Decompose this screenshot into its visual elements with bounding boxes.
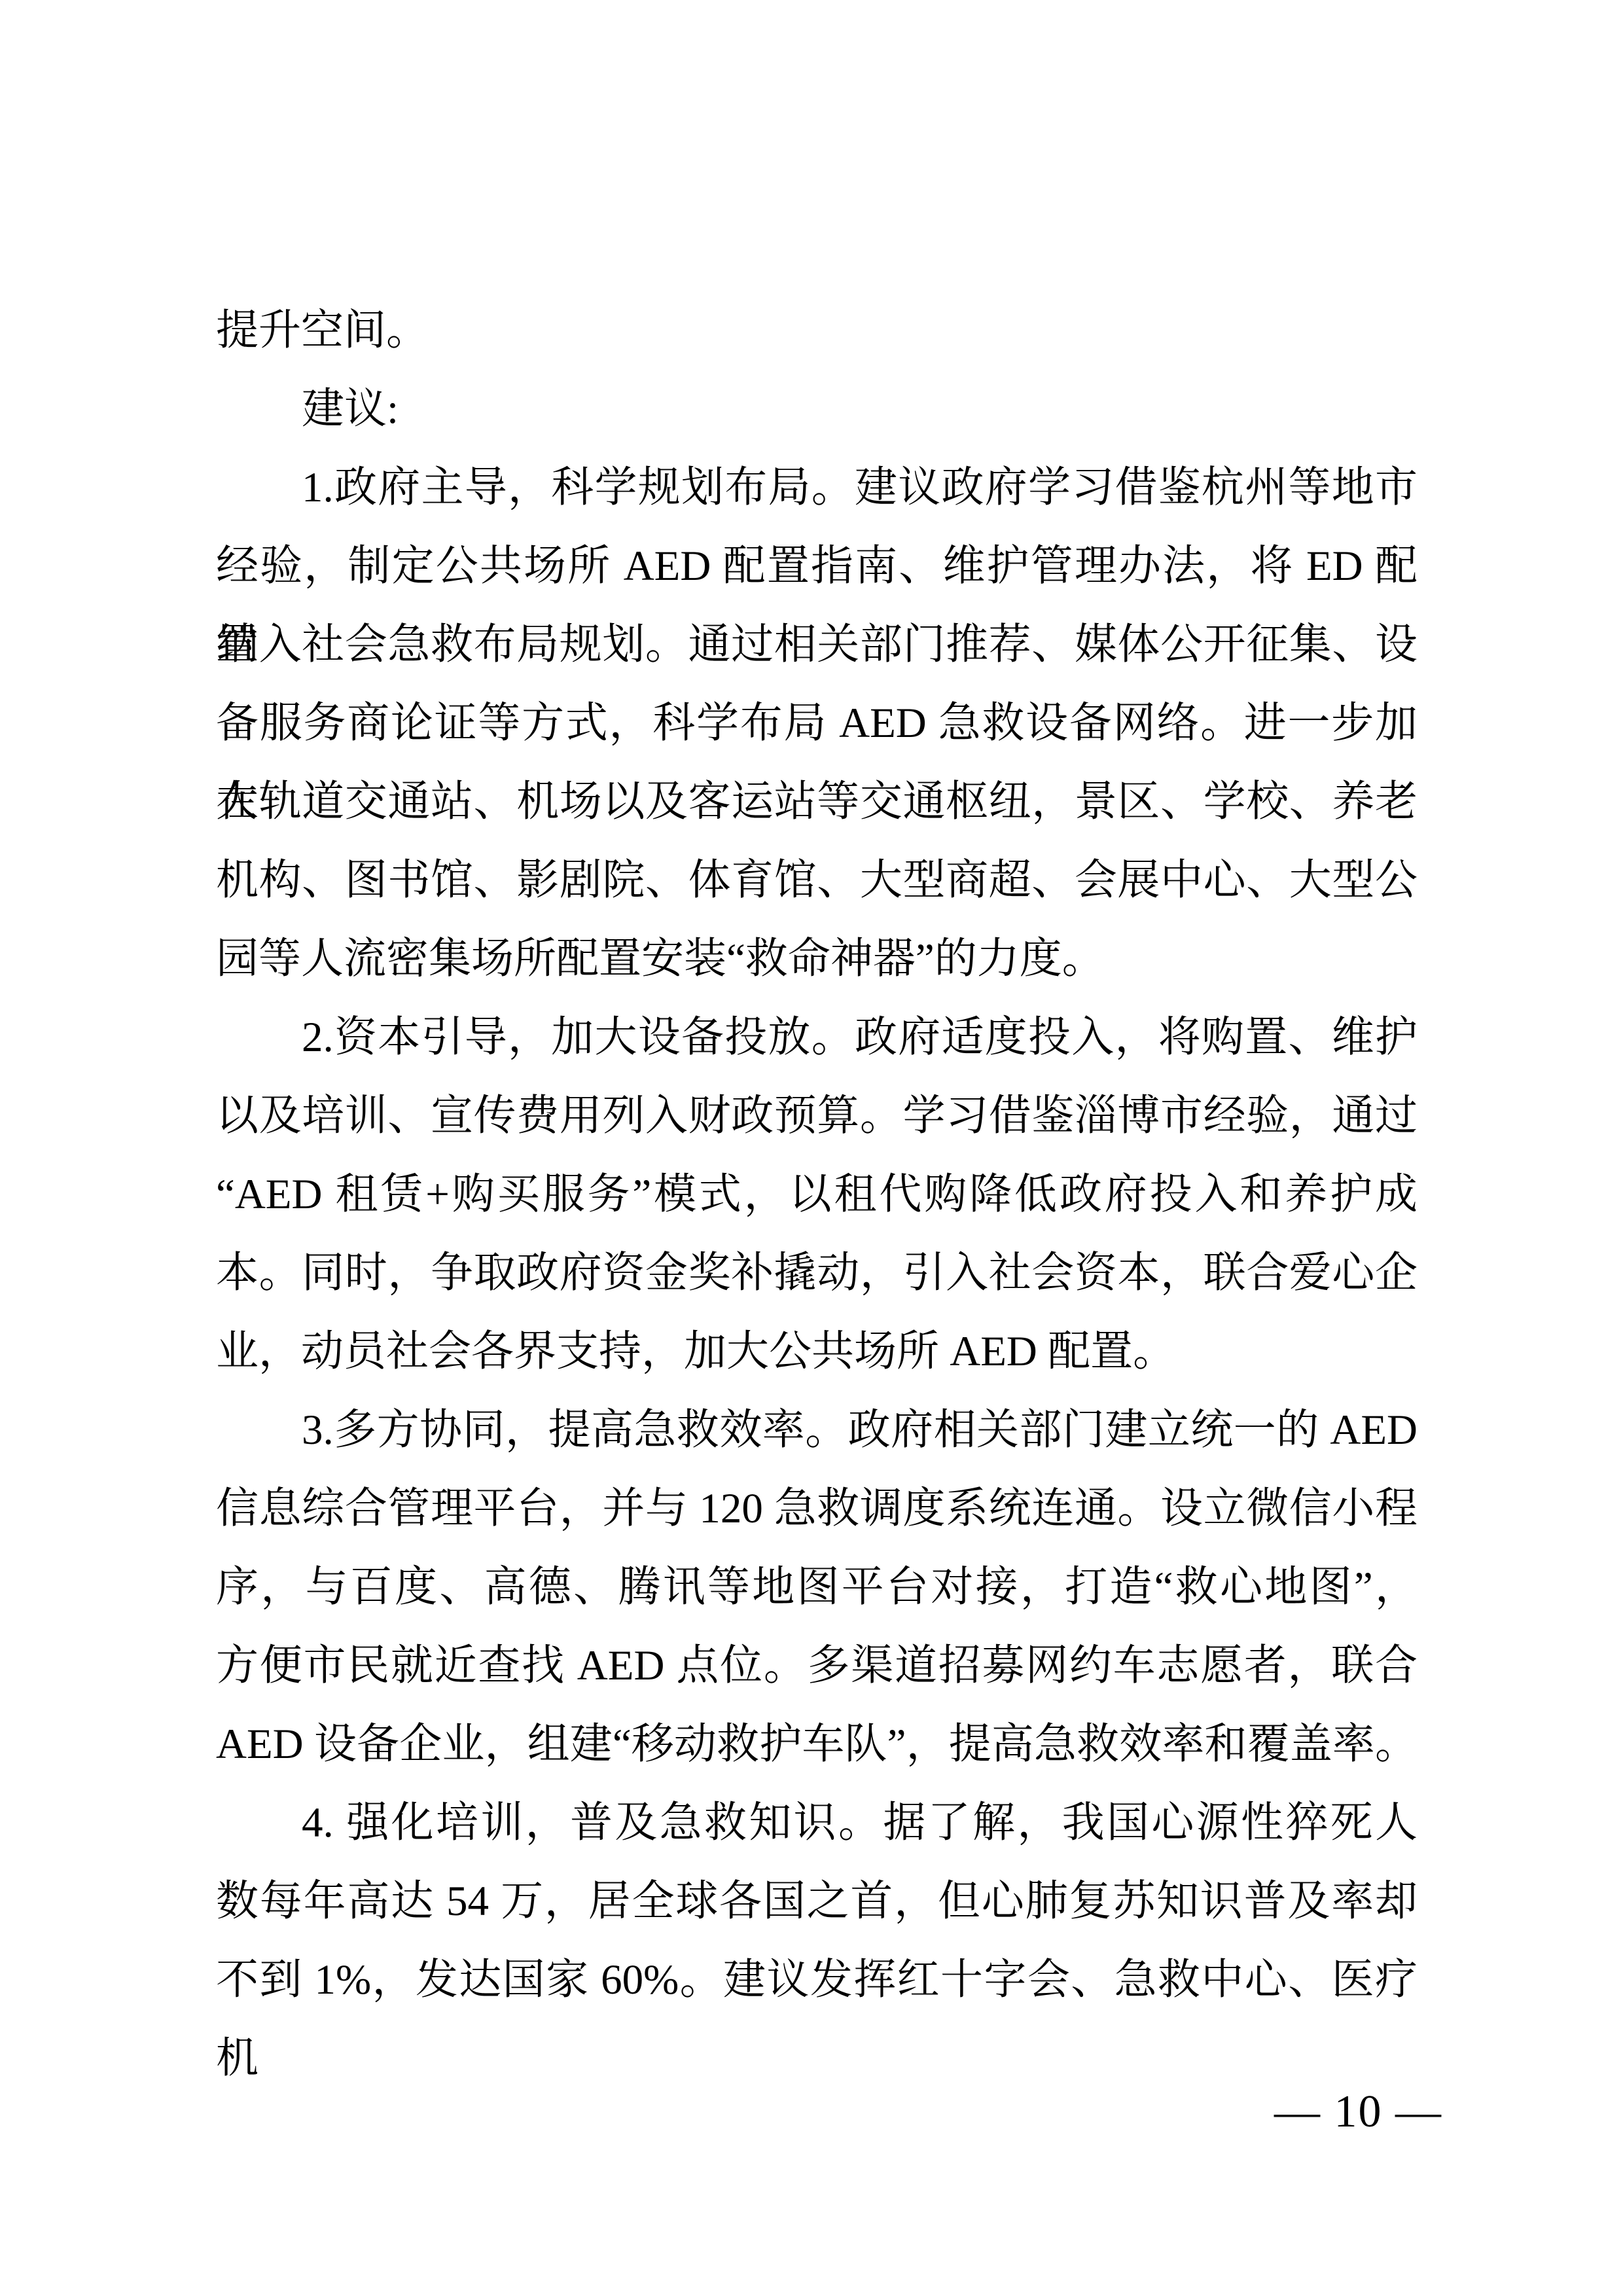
text-line: 机构、图书馆、影剧院、体育馆、大型商超、会展中心、大型公 bbox=[216, 841, 1418, 920]
text-line: 本。同时，争取政府资金奖补撬动，引入社会资本，联合爱心企 bbox=[216, 1234, 1418, 1312]
page-number: — 10 — bbox=[1274, 2089, 1442, 2135]
text-line: 备服务商论证等方式，科学布局 AED 急救设备网络。进一步加大 bbox=[216, 684, 1418, 762]
text-line: 数每年高达 54 万，居全球各国之首，但心肺复苏知识普及率却 bbox=[216, 1862, 1418, 1941]
text-line: 在轨道交通站、机场以及客运站等交通枢纽，景区、学校、养老 bbox=[216, 762, 1418, 841]
text-line: 3.多方协同，提高急救效率。政府相关部门建立统一的 AED bbox=[216, 1391, 1418, 1469]
document-page: 提升空间。建议:1.政府主导，科学规划布局。建议政府学习借鉴杭州等地市经验，制定… bbox=[0, 0, 1623, 2296]
text-line: 以及培训、宣传费用列入财政预算。学习借鉴淄博市经验，通过 bbox=[216, 1077, 1418, 1155]
document-body: 提升空间。建议:1.政府主导，科学规划布局。建议政府学习借鉴杭州等地市经验，制定… bbox=[216, 291, 1418, 2019]
text-line: 建议: bbox=[216, 370, 1418, 448]
text-line: 序，与百度、高德、腾讯等地图平台对接，打造“救心地图”， bbox=[216, 1548, 1418, 1626]
text-line: 园等人流密集场所配置安装“救命神器”的力度。 bbox=[216, 920, 1418, 998]
text-line: 不到 1%，发达国家 60%。建议发挥红十字会、急救中心、医疗机 bbox=[216, 1941, 1418, 2019]
text-line: 经验，制定公共场所 AED 配置指南、维护管理办法，将 ED 配置 bbox=[216, 527, 1418, 605]
text-line: 2.资本引导，加大设备投放。政府适度投入，将购置、维护 bbox=[216, 998, 1418, 1077]
text-line: 方便市民就近查找 AED 点位。多渠道招募网约车志愿者，联合 bbox=[216, 1626, 1418, 1705]
text-line: AED 设备企业，组建“移动救护车队”，提高急救效率和覆盖率。 bbox=[216, 1705, 1418, 1784]
text-line: 纳入社会急救布局规划。通过相关部门推荐、媒体公开征集、设 bbox=[216, 605, 1418, 684]
text-line: 4. 强化培训，普及急救知识。据了解，我国心源性猝死人 bbox=[216, 1784, 1418, 1862]
text-line: 信息综合管理平台，并与 120 急救调度系统连通。设立微信小程 bbox=[216, 1469, 1418, 1548]
text-line: 提升空间。 bbox=[216, 291, 1418, 370]
text-line: 业，动员社会各界支持，加大公共场所 AED 配置。 bbox=[216, 1312, 1418, 1391]
text-line: “AED 租赁+购买服务”模式，以租代购降低政府投入和养护成 bbox=[216, 1155, 1418, 1234]
text-line: 1.政府主导，科学规划布局。建议政府学习借鉴杭州等地市 bbox=[216, 448, 1418, 527]
